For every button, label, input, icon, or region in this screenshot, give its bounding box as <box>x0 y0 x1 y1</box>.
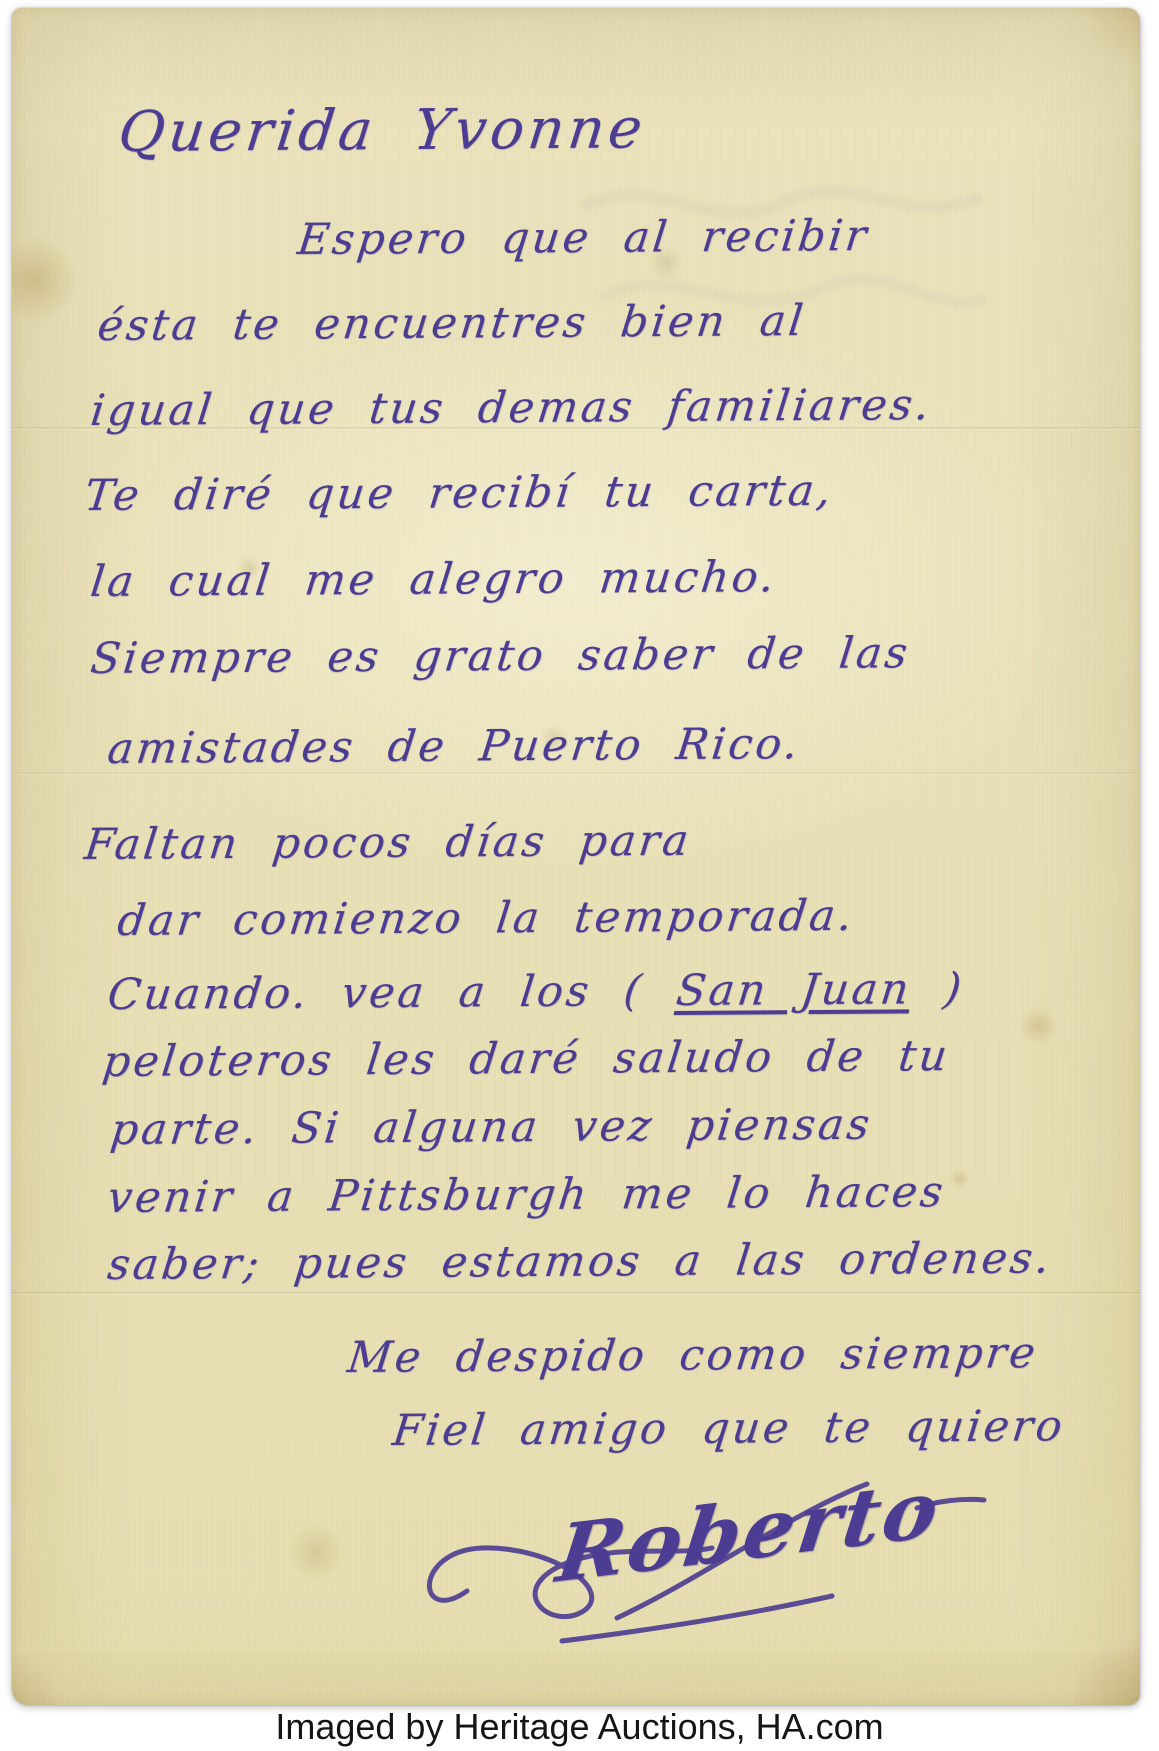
letter-line: Cuando. vea a los ( San Juan ) <box>105 964 967 1020</box>
letter-line: Te diré que recibí tu carta, <box>82 466 836 521</box>
ink-ghost-impression <box>572 148 992 388</box>
letter-line: amistades de Puerto Rico. <box>105 719 803 774</box>
letter-line: parte. Si alguna vez piensas <box>108 1100 875 1155</box>
closing-line: Fiel amigo que te quiero <box>390 1401 1068 1456</box>
letter-line: Espero que al recibir <box>295 211 872 265</box>
scan-page: Querida Yvonne Espero que al recibir ést… <box>0 0 1159 1751</box>
footer-credit: Imaged by Heritage Auctions, HA.com <box>0 1706 1159 1748</box>
letter-line: dar comienzo la temporada. <box>115 891 858 946</box>
letter-line: peloteros les daré saludo de tu <box>100 1031 953 1087</box>
letter-line: la cual me alegro mucho. <box>88 552 780 607</box>
letter-line: igual que tus demas familiares. <box>88 380 935 436</box>
fold-crease <box>12 1292 1140 1295</box>
signature-block: Roberto <box>412 1456 1032 1656</box>
letter-line: venir a Pittsburgh me lo haces <box>105 1167 948 1223</box>
closing-line: Me despido como siempre <box>345 1328 1041 1383</box>
letter-line: saber; pues estamos a las ordenes. <box>105 1233 1055 1290</box>
san-juan-suffix: ) <box>908 964 966 1014</box>
san-juan-prefix: Cuando. vea a los ( <box>105 966 679 1020</box>
san-juan-underlined: San Juan <box>674 964 915 1016</box>
salutation-line: Querida Yvonne <box>115 96 649 165</box>
letter-line: Siempre es grato saber de las <box>88 628 913 684</box>
letter-paper: Querida Yvonne Espero que al recibir ést… <box>12 8 1140 1705</box>
letter-line: Faltan pocos días para <box>82 816 694 870</box>
letter-line: ésta te encuentres bien al <box>95 296 808 351</box>
